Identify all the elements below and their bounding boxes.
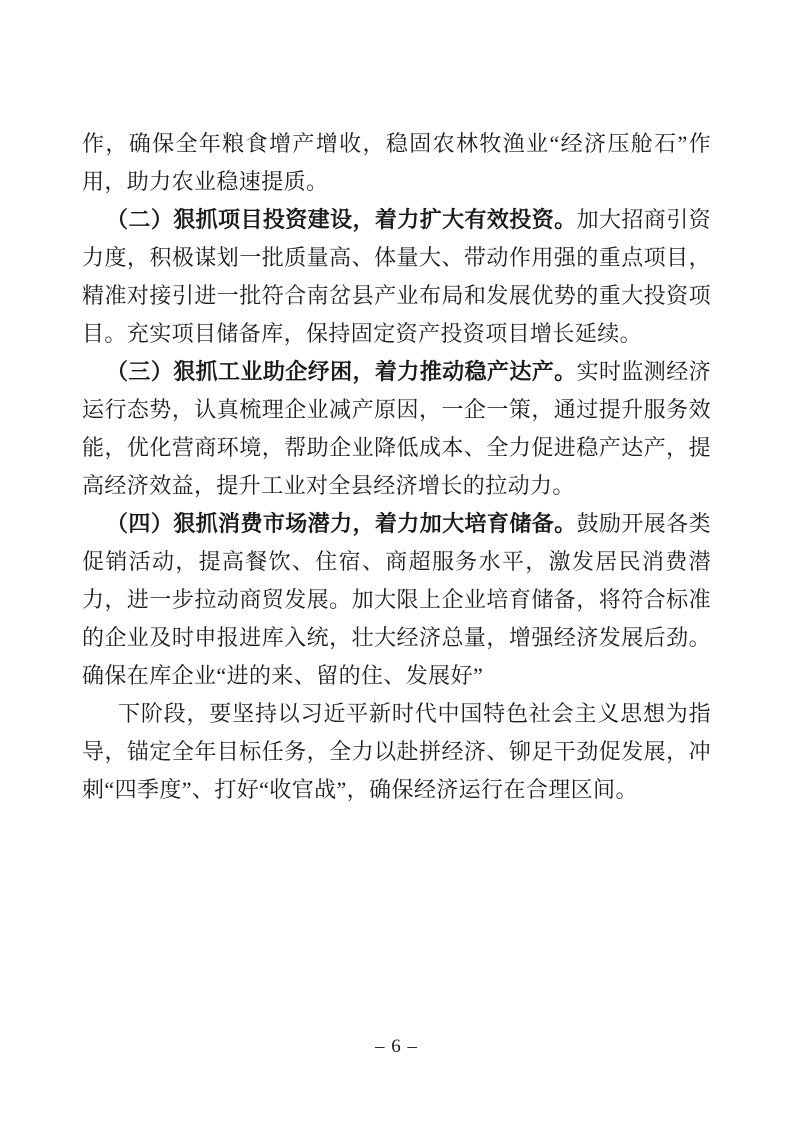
paragraph-text: 鼓励开展各类促销活动，提高餐饮、住宿、商超服务水平，激发居民消费潜力，进一步拉动… bbox=[82, 511, 711, 688]
page-body: 作，确保全年粮食增产增收，稳固农林牧渔业“经济压舱石”作用，助力农业稳速提质。 … bbox=[82, 125, 711, 809]
paragraph-section-4: （四）狠抓消费市场潜力，着力加大培育储备。鼓励开展各类促销活动，提高餐饮、住宿、… bbox=[82, 505, 711, 695]
paragraph-text: 下阶段，要坚持以习近平新时代中国特色社会主义思想为指导，锚定全年目标任务，全力以… bbox=[82, 701, 711, 802]
paragraph-section-2: （二）狠抓项目投资建设，着力扩大有效投资。加大招商引资力度，积极谋划一批质量高、… bbox=[82, 201, 711, 353]
section-heading: （二）狠抓项目投资建设，着力扩大有效投资。 bbox=[106, 207, 577, 232]
paragraph-section-3: （三）狠抓工业助企纾困，着力推动稳产达产。实时监测经济运行态势，认真梳理企业减产… bbox=[82, 353, 711, 505]
document-page: 作，确保全年粮食增产增收，稳固农林牧渔业“经济压舱石”作用，助力农业稳速提质。 … bbox=[0, 0, 793, 1122]
section-heading: （四）狠抓消费市场潜力，着力加大培育储备。 bbox=[106, 511, 577, 536]
paragraph-closing: 下阶段，要坚持以习近平新时代中国特色社会主义思想为指导，锚定全年目标任务，全力以… bbox=[82, 695, 711, 809]
paragraph-text: 作，确保全年粮食增产增收，稳固农林牧渔业“经济压舱石”作用，助力农业稳速提质。 bbox=[82, 131, 711, 194]
section-heading: （三）狠抓工业助企纾困，着力推动稳产达产。 bbox=[106, 359, 577, 384]
page-number: – 6 – bbox=[375, 1036, 418, 1057]
page-footer: – 6 – bbox=[0, 1036, 793, 1058]
paragraph-continuation: 作，确保全年粮食增产增收，稳固农林牧渔业“经济压舱石”作用，助力农业稳速提质。 bbox=[82, 125, 711, 201]
